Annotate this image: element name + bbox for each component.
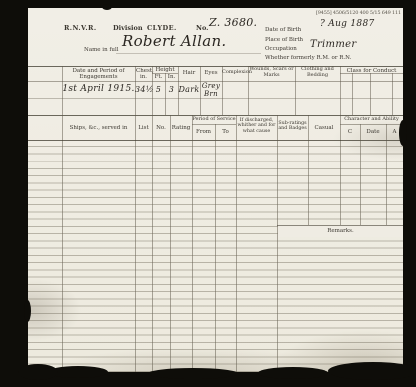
col-discharged: If discharged, whither and for what caus… [237,118,276,134]
grid-line-v [352,73,353,115]
col-period: Period of Service [192,117,236,123]
scan-speck [102,4,112,10]
name-underline [116,53,261,54]
name-label: Name in full [84,47,118,53]
grid-line-v [392,73,393,115]
col-height: Height [152,67,178,73]
col-clothing: Clothing and Bedding [296,67,339,78]
col-casual: Casual [308,125,340,131]
entry-hair: Dark [178,86,200,94]
col-complexion: Complexion [222,70,248,76]
col-hair: Hair [178,70,200,76]
birth-date-value: ? Aug 1887 [320,20,375,29]
col-conduct: Class for Conduct [340,68,403,74]
occupation-label: Occupation [265,46,297,52]
col-subratings: Sub-ratings and Badges [278,121,307,132]
col-engagement: Date and Period of Engagements [64,68,133,80]
col-height-ft: Ft. [152,74,165,80]
entry-eyes: Grey Brn [200,83,222,98]
former-service-label: Whether formerly R.M. or R.N. [265,55,351,61]
grid-line-h [192,124,236,125]
col-height-in: In. [165,74,178,80]
col-list: List [135,125,152,131]
entry-height-in: 3 [165,86,178,94]
entry-engagement: 1st April 1915. [62,85,135,94]
birth-place-label: Place of Birth [265,37,303,43]
scanned-record-card: [9455] 4506/5120 400 5/15 649 111 R.N.V.… [0,0,416,387]
col-character-c: C [340,129,360,135]
col-eyes: Eyes [200,70,222,76]
entry-height-ft: 5 [152,86,165,94]
scan-edge-blob [258,367,328,379]
occupation-value: Trimmer [310,40,356,50]
grid-line-h [340,124,403,125]
service-number-value: Z. 3680. [209,17,257,28]
col-no: No. [152,125,170,131]
col-character: Character and Ability [340,117,403,123]
grid-line-v [370,73,371,115]
col-rating: Rating [170,125,192,131]
scan-speck [399,120,407,146]
remarks-section: Remarks. [278,226,403,237]
col-from: From [192,129,215,135]
scan-edge-blob [148,368,238,379]
grid-line-h [28,66,403,67]
col-ships: Ships, &c., served in [62,125,135,131]
printers-code: [9455] 4506/5120 400 5/15 649 111 [243,11,401,17]
scan-speck [24,300,31,322]
name-value: Robert Allan. [122,34,226,49]
col-to: To [215,129,236,135]
scan-edge-blob [18,364,58,380]
scan-edge-blob [328,362,416,380]
ruled-rows [28,140,403,372]
col-character-date: Date [360,129,386,135]
entry-chest: 34½ [135,86,152,94]
remarks-label: Remarks. [327,228,353,234]
col-chest: Chest, in. [136,68,151,80]
corps-title: R.N.V.R. [64,25,97,32]
birth-date-label: Date of Birth [265,27,301,33]
record-card: [9455] 4506/5120 400 5/15 649 111 R.N.V.… [28,8,403,372]
col-wounds: Wounds, Scars or Marks [249,67,294,78]
